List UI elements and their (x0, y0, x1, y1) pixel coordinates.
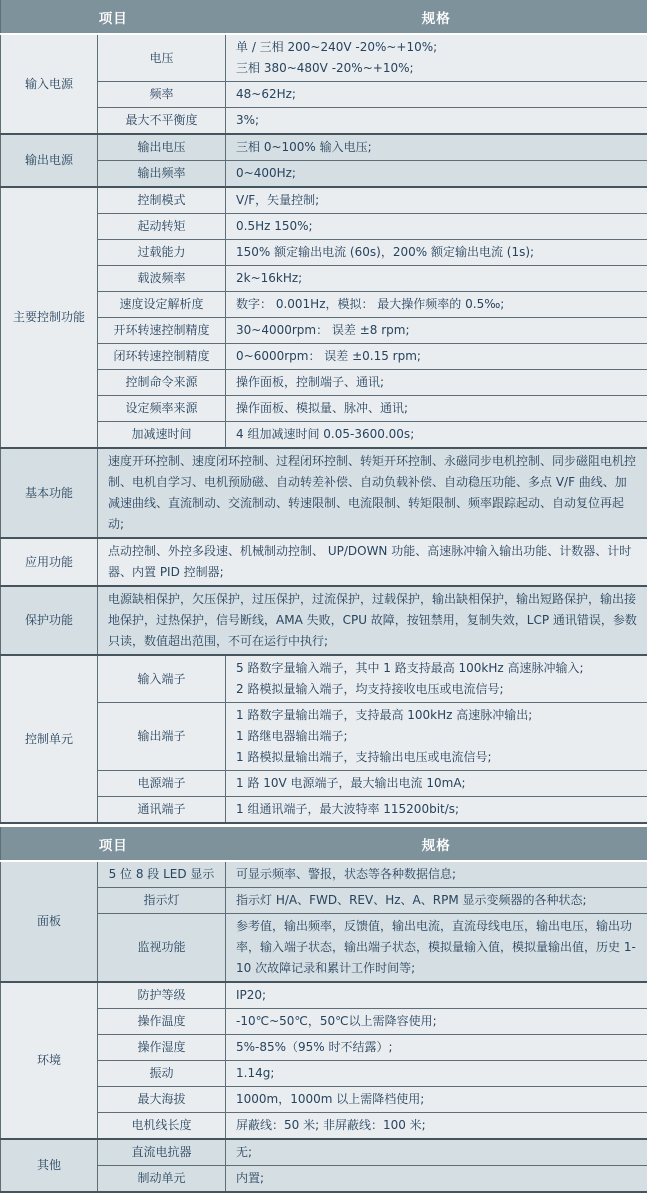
group-cell: 输入电源 (1, 34, 98, 134)
spec-cell: 指示灯 H/A、FWD、REV、Hz、A、RPM 显示变频器的各种状态; (226, 888, 647, 914)
table-row: 最大不平衡度3%; (1, 108, 647, 135)
spec-cell: 0~400Hz; (226, 161, 647, 188)
table-row: 操作湿度5%-85%（95% 时不结露）; (1, 1035, 647, 1061)
item-cell: 闭环转速控制精度 (98, 344, 226, 370)
table-row: 输出端子1 路数字量输出端子，支持最高 100kHz 高速脉冲输出; 1 路继电… (1, 703, 647, 771)
spec-cell: 操作面板、模拟量、脉冲、通讯; (226, 396, 647, 422)
table-row: 控制单元输入端子5 路数字量输入端子，其中 1 路支持最高 100kHz 高速脉… (1, 655, 647, 703)
item-cell: 操作湿度 (98, 1035, 226, 1061)
table-row: 其他直流电抗器无; (1, 1139, 647, 1166)
table-row: 速度设定解析度数字： 0.001Hz，模拟： 最大操作频率的 0.5‰; (1, 292, 647, 318)
spec-table-1: 项目规格输入电源电压单 / 三相 200~240V -20%~+10%; 三相 … (0, 0, 647, 824)
table-header-spec: 规格 (226, 0, 647, 34)
spec-cell: IP20; (226, 982, 647, 1009)
group-cell: 基本功能 (1, 448, 98, 538)
table-row: 保护功能电源缺相保护，欠压保护，过压保护，过流保护，过载保护，输出缺相保护，输出… (1, 586, 647, 655)
table-header-row: 项目规格 (1, 827, 647, 861)
table-row: 指示灯指示灯 H/A、FWD、REV、Hz、A、RPM 显示变频器的各种状态; (1, 888, 647, 914)
spec-cell: 1.14g; (226, 1061, 647, 1087)
spec-cell: 48~62Hz; (226, 82, 647, 108)
table-row: 电机线长度屏蔽线：50 米; 非屏蔽线：100 米; (1, 1113, 647, 1140)
spec-cell: 速度开环控制、速度闭环控制、过程闭环控制、转矩开环控制、永磁同步电机控制、同步磁… (98, 448, 647, 538)
spec-cell: 屏蔽线：50 米; 非屏蔽线：100 米; (226, 1113, 647, 1140)
spec-cell: 5 路数字量输入端子，其中 1 路支持最高 100kHz 高速脉冲输入; 2 路… (226, 655, 647, 703)
table-row: 控制命令来源操作面板，控制端子、通讯; (1, 370, 647, 396)
table-row: 面板5 位 8 段 LED 显示可显示频率、警报，状态等各种数据信息; (1, 861, 647, 888)
group-cell: 控制单元 (1, 655, 98, 823)
item-cell: 起动转矩 (98, 214, 226, 240)
table-row: 基本功能速度开环控制、速度闭环控制、过程闭环控制、转矩开环控制、永磁同步电机控制… (1, 448, 647, 538)
item-cell: 最大海拔 (98, 1087, 226, 1113)
item-cell: 输出端子 (98, 703, 226, 771)
table-row: 通讯端子1 组通讯端子，最大波特率 115200bit/s; (1, 797, 647, 824)
table-row: 过载能力150% 额定输出电流 (60s)，200% 额定输出电流 (1s); (1, 240, 647, 266)
spec-cell: 4 组加减速时间 0.05-3600.00s; (226, 422, 647, 449)
item-cell: 最大不平衡度 (98, 108, 226, 135)
group-cell: 面板 (1, 861, 98, 982)
item-cell: 电机线长度 (98, 1113, 226, 1140)
spec-cell: 30~4000rpm： 误差 ±8 rpm; (226, 318, 647, 344)
table-row: 设定频率来源操作面板、模拟量、脉冲、通讯; (1, 396, 647, 422)
table-header-spec: 规格 (226, 827, 647, 861)
spec-cell: 5%-85%（95% 时不结露）; (226, 1035, 647, 1061)
table-row: 应用功能点动控制、外控多段速、机械制动控制、 UP/DOWN 功能、高速脉冲输入… (1, 538, 647, 586)
item-cell: 控制模式 (98, 187, 226, 214)
item-cell: 制动单元 (98, 1166, 226, 1193)
item-cell: 电源端子 (98, 771, 226, 797)
item-cell: 输入端子 (98, 655, 226, 703)
table-row: 主要控制功能控制模式V/F，矢量控制; (1, 187, 647, 214)
item-cell: 设定频率来源 (98, 396, 226, 422)
item-cell: 开环转速控制精度 (98, 318, 226, 344)
table-row: 加减速时间4 组加减速时间 0.05-3600.00s; (1, 422, 647, 449)
spec-cell: 可显示频率、警报，状态等各种数据信息; (226, 861, 647, 888)
item-cell: 指示灯 (98, 888, 226, 914)
spec-table-2: 项目规格面板5 位 8 段 LED 显示可显示频率、警报，状态等各种数据信息;指… (0, 827, 647, 1193)
table-row: 振动1.14g; (1, 1061, 647, 1087)
group-cell: 输出电源 (1, 134, 98, 187)
table-row: 开环转速控制精度30~4000rpm： 误差 ±8 rpm; (1, 318, 647, 344)
item-cell: 控制命令来源 (98, 370, 226, 396)
table-row: 环境防护等级IP20; (1, 982, 647, 1009)
spec-cell: 点动控制、外控多段速、机械制动控制、 UP/DOWN 功能、高速脉冲输入输出功能… (98, 538, 647, 586)
group-cell: 主要控制功能 (1, 187, 98, 448)
spec-cell: 内置; (226, 1166, 647, 1193)
item-cell: 过载能力 (98, 240, 226, 266)
spec-cell: 三相 0~100% 输入电压; (226, 134, 647, 161)
spec-cell: 参考值，输出频率，反馈值，输出电流，直流母线电压，输出电压，输出功率，输入端子状… (226, 914, 647, 983)
group-cell: 其他 (1, 1139, 98, 1192)
group-cell: 应用功能 (1, 538, 98, 586)
spec-cell: -10℃~50℃，50℃以上需降容使用; (226, 1009, 647, 1035)
spec-tables-container: 项目规格输入电源电压单 / 三相 200~240V -20%~+10%; 三相 … (0, 0, 647, 1193)
spec-cell: 2k~16kHz; (226, 266, 647, 292)
table-row: 电源端子1 路 10V 电源端子，最大输出电流 10mA; (1, 771, 647, 797)
spec-cell: 无; (226, 1139, 647, 1166)
spec-cell: 1 路 10V 电源端子，最大输出电流 10mA; (226, 771, 647, 797)
spec-cell: 3%; (226, 108, 647, 135)
item-cell: 电压 (98, 34, 226, 82)
spec-cell: 数字： 0.001Hz，模拟： 最大操作频率的 0.5‰; (226, 292, 647, 318)
group-cell: 保护功能 (1, 586, 98, 655)
table-row: 输入电源电压单 / 三相 200~240V -20%~+10%; 三相 380~… (1, 34, 647, 82)
spec-cell: 1000m，1000m 以上需降档使用; (226, 1087, 647, 1113)
spec-cell: 1 路数字量输出端子，支持最高 100kHz 高速脉冲输出; 1 路继电器输出端… (226, 703, 647, 771)
item-cell: 载波频率 (98, 266, 226, 292)
table-row: 监视功能参考值，输出频率，反馈值，输出电流，直流母线电压，输出电压，输出功率，输… (1, 914, 647, 983)
spec-cell: V/F，矢量控制; (226, 187, 647, 214)
table-row: 最大海拔1000m，1000m 以上需降档使用; (1, 1087, 647, 1113)
item-cell: 加减速时间 (98, 422, 226, 449)
spec-cell: 0.5Hz 150%; (226, 214, 647, 240)
item-cell: 直流电抗器 (98, 1139, 226, 1166)
item-cell: 频率 (98, 82, 226, 108)
spec-cell: 操作面板，控制端子、通讯; (226, 370, 647, 396)
item-cell: 通讯端子 (98, 797, 226, 824)
spec-cell: 电源缺相保护，欠压保护，过压保护，过流保护，过载保护，输出缺相保护，输出短路保护… (98, 586, 647, 655)
table-row: 制动单元内置; (1, 1166, 647, 1193)
spec-cell: 150% 额定输出电流 (60s)，200% 额定输出电流 (1s); (226, 240, 647, 266)
item-cell: 振动 (98, 1061, 226, 1087)
table-row: 输出电源输出电压三相 0~100% 输入电压; (1, 134, 647, 161)
table-row: 载波频率2k~16kHz; (1, 266, 647, 292)
item-cell: 防护等级 (98, 982, 226, 1009)
item-cell: 操作温度 (98, 1009, 226, 1035)
table-header-row: 项目规格 (1, 0, 647, 34)
item-cell: 输出频率 (98, 161, 226, 188)
table-row: 输出频率0~400Hz; (1, 161, 647, 188)
table-row: 起动转矩0.5Hz 150%; (1, 214, 647, 240)
table-row: 闭环转速控制精度0~6000rpm： 误差 ±0.15 rpm; (1, 344, 647, 370)
spec-cell: 0~6000rpm： 误差 ±0.15 rpm; (226, 344, 647, 370)
item-cell: 5 位 8 段 LED 显示 (98, 861, 226, 888)
table-row: 操作温度-10℃~50℃，50℃以上需降容使用; (1, 1009, 647, 1035)
spec-cell: 单 / 三相 200~240V -20%~+10%; 三相 380~480V -… (226, 34, 647, 82)
item-cell: 输出电压 (98, 134, 226, 161)
item-cell: 监视功能 (98, 914, 226, 983)
item-cell: 速度设定解析度 (98, 292, 226, 318)
table-header-item: 项目 (1, 827, 226, 861)
group-cell: 环境 (1, 982, 98, 1139)
spec-cell: 1 组通讯端子，最大波特率 115200bit/s; (226, 797, 647, 824)
table-header-item: 项目 (1, 0, 226, 34)
table-row: 频率48~62Hz; (1, 82, 647, 108)
